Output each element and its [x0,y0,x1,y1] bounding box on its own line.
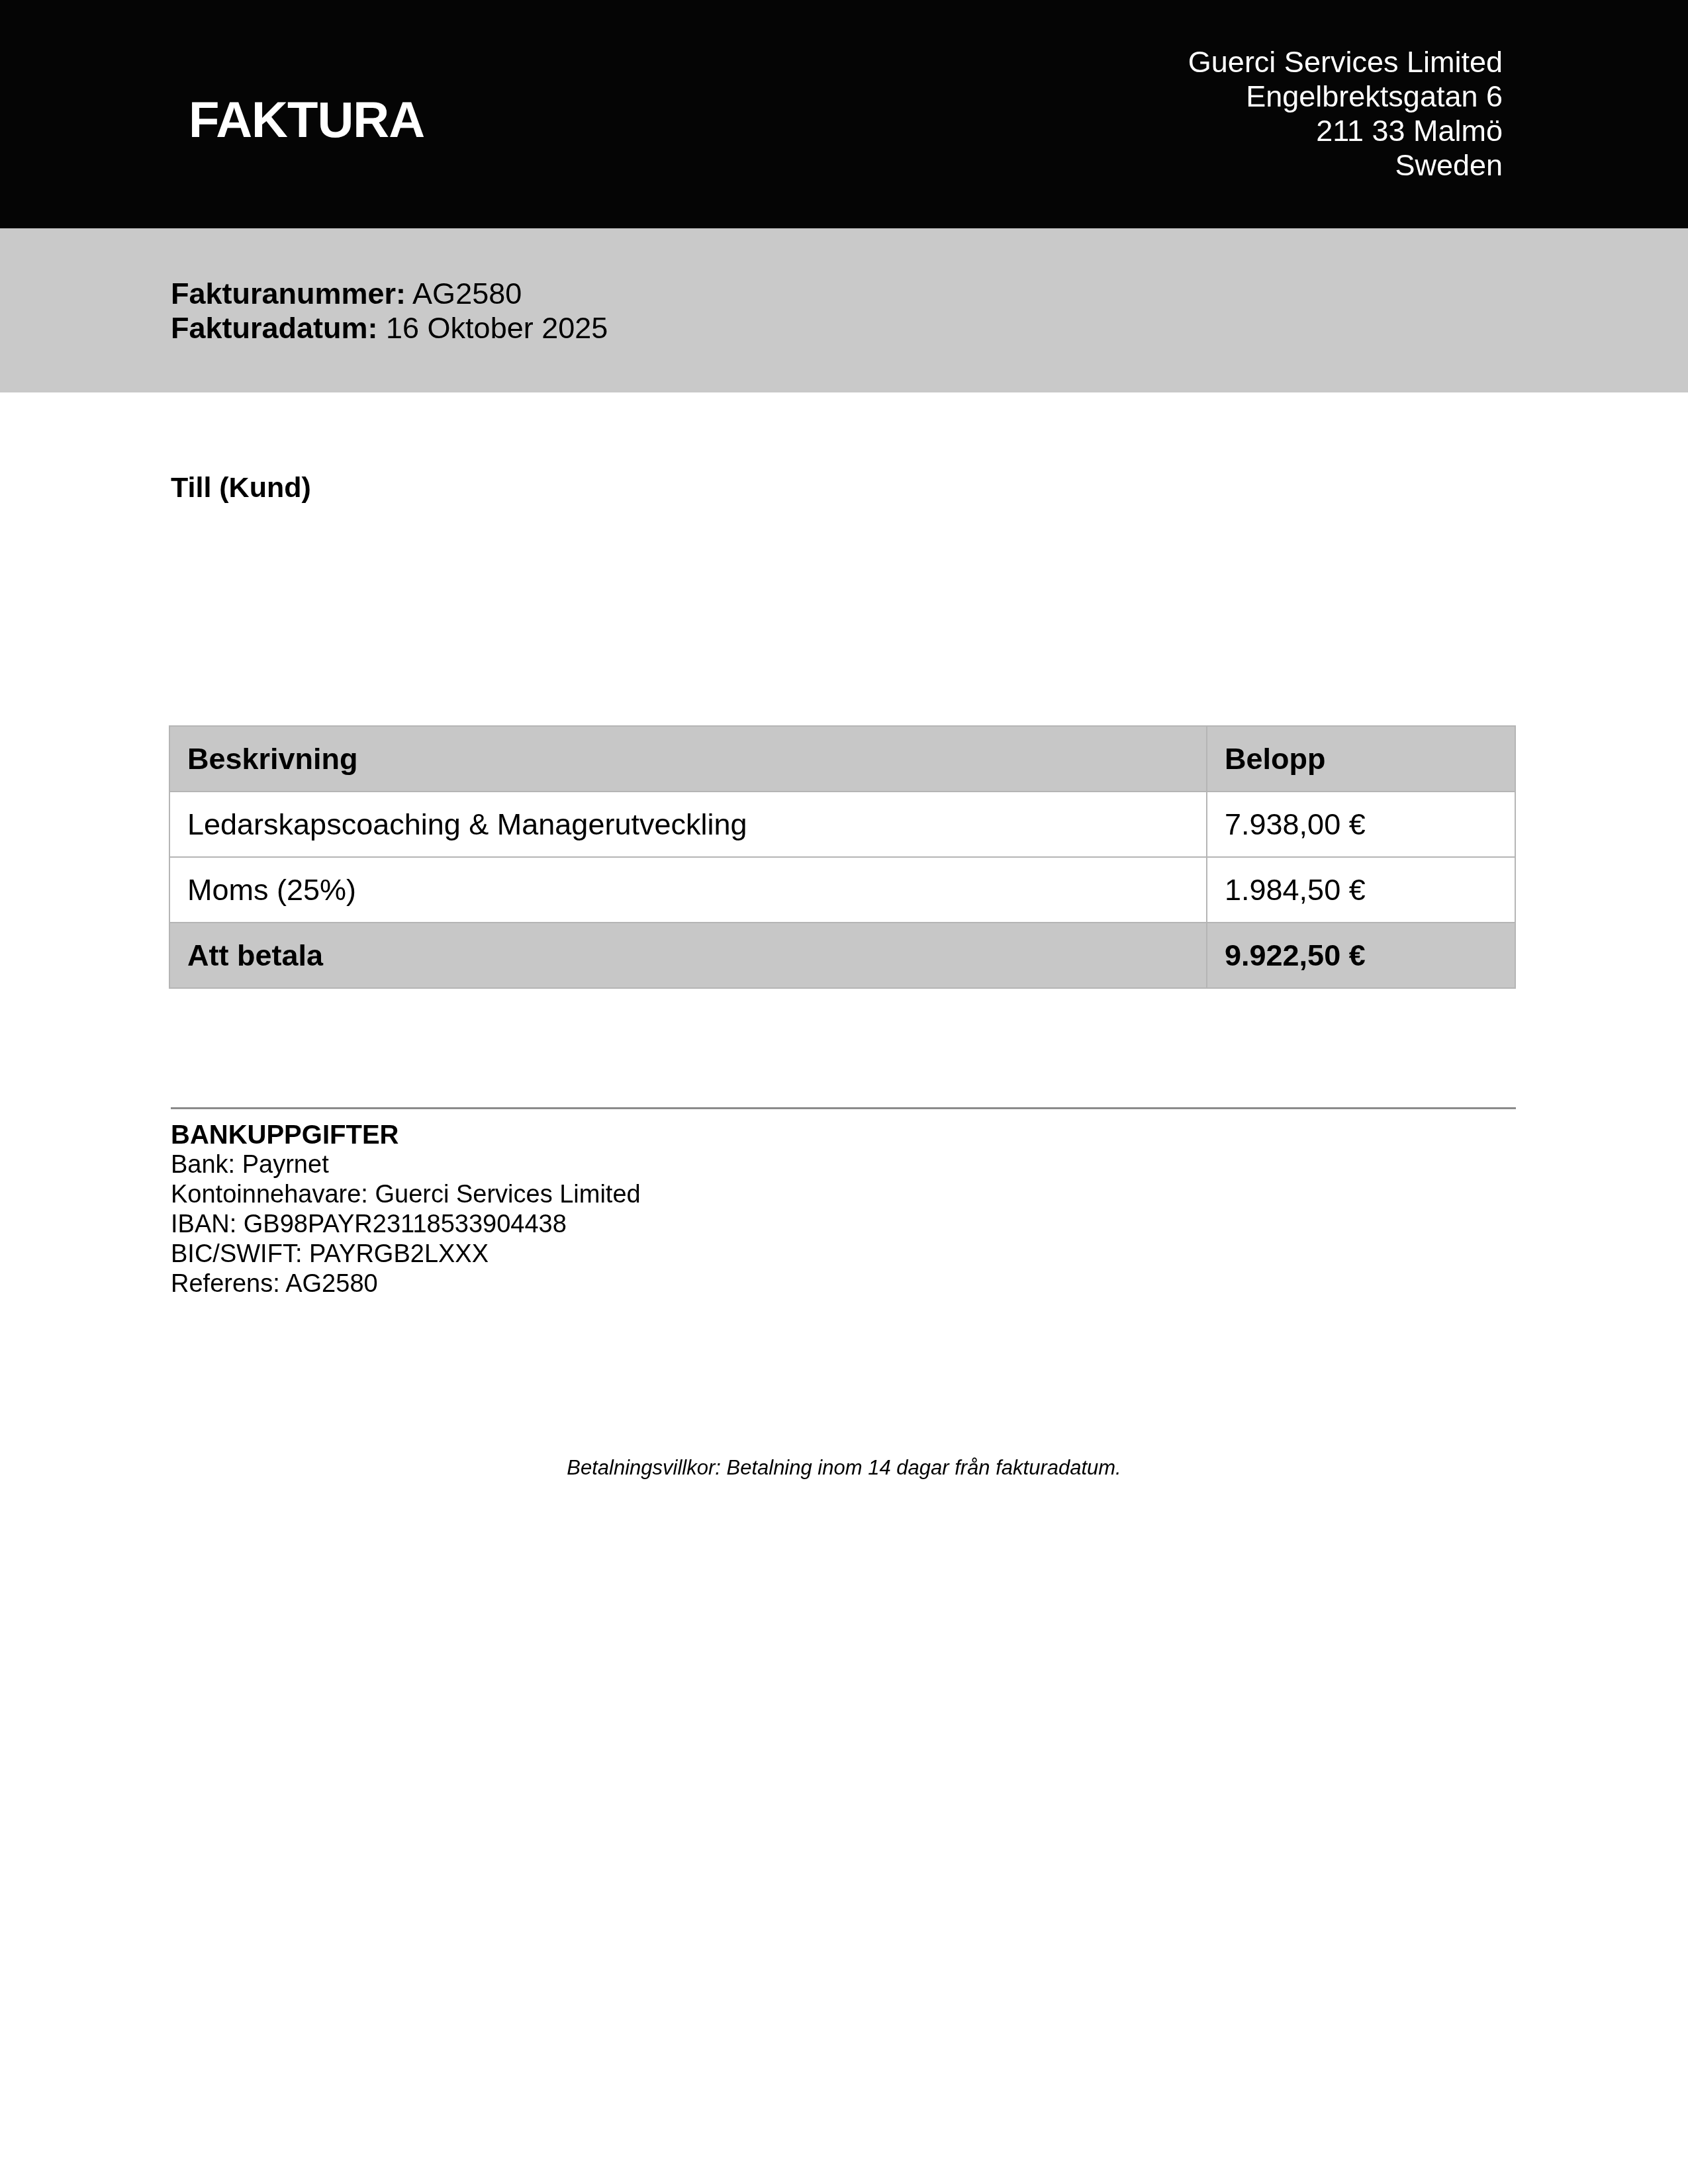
invoice-number: Fakturanummer: AG2580 [171,277,522,311]
table-total-row: Att betala 9.922,50 € [169,923,1515,988]
row-description: Ledarskapscoaching & Managerutveckling [169,792,1207,857]
invoice-number-value: AG2580 [412,277,522,310]
items-table: Beskrivning Belopp Ledarskapscoaching & … [169,725,1516,989]
section-divider [171,1107,1516,1109]
company-street: Engelbrektsgatan 6 [1188,79,1503,114]
payment-reference: Referens: AG2580 [171,1269,641,1299]
company-country: Sweden [1188,148,1503,183]
customer-heading: Till (Kund) [171,472,311,504]
table-row: Ledarskapscoaching & Managerutveckling 7… [169,792,1515,857]
table-row: Moms (25%) 1.984,50 € [169,857,1515,923]
account-holder: Kontoinnehavare: Guerci Services Limited [171,1180,641,1210]
invoice-date-label: Fakturadatum: [171,311,378,345]
row-description: Moms (25%) [169,857,1207,923]
invoice-date: Fakturadatum: 16 Oktober 2025 [171,311,608,345]
bank-name: Bank: Payrnet [171,1150,641,1180]
column-header-description: Beskrivning [169,726,1207,792]
bank-details-heading: BANKUPPGIFTER [171,1120,641,1150]
column-header-amount: Belopp [1207,726,1515,792]
row-amount: 1.984,50 € [1207,857,1515,923]
bic-swift: BIC/SWIFT: PAYRGB2LXXX [171,1240,641,1269]
document-title: FAKTURA [189,91,424,149]
company-postal-city: 211 33 Malmö [1188,114,1503,148]
invoice-date-value: 16 Oktober 2025 [386,311,608,345]
table-header-row: Beskrivning Belopp [169,726,1515,792]
total-label: Att betala [169,923,1207,988]
iban: IBAN: GB98PAYR23118533904438 [171,1210,641,1240]
company-name: Guerci Services Limited [1188,45,1503,79]
invoice-header: FAKTURA Guerci Services Limited Engelbre… [0,0,1688,228]
invoice-number-label: Fakturanummer: [171,277,406,310]
row-amount: 7.938,00 € [1207,792,1515,857]
company-address: Guerci Services Limited Engelbrektsgatan… [1188,45,1503,183]
total-amount: 9.922,50 € [1207,923,1515,988]
payment-terms: Betalningsvillkor: Betalning inom 14 dag… [0,1456,1688,1480]
bank-details: BANKUPPGIFTER Bank: Payrnet Kontoinnehav… [171,1120,641,1299]
